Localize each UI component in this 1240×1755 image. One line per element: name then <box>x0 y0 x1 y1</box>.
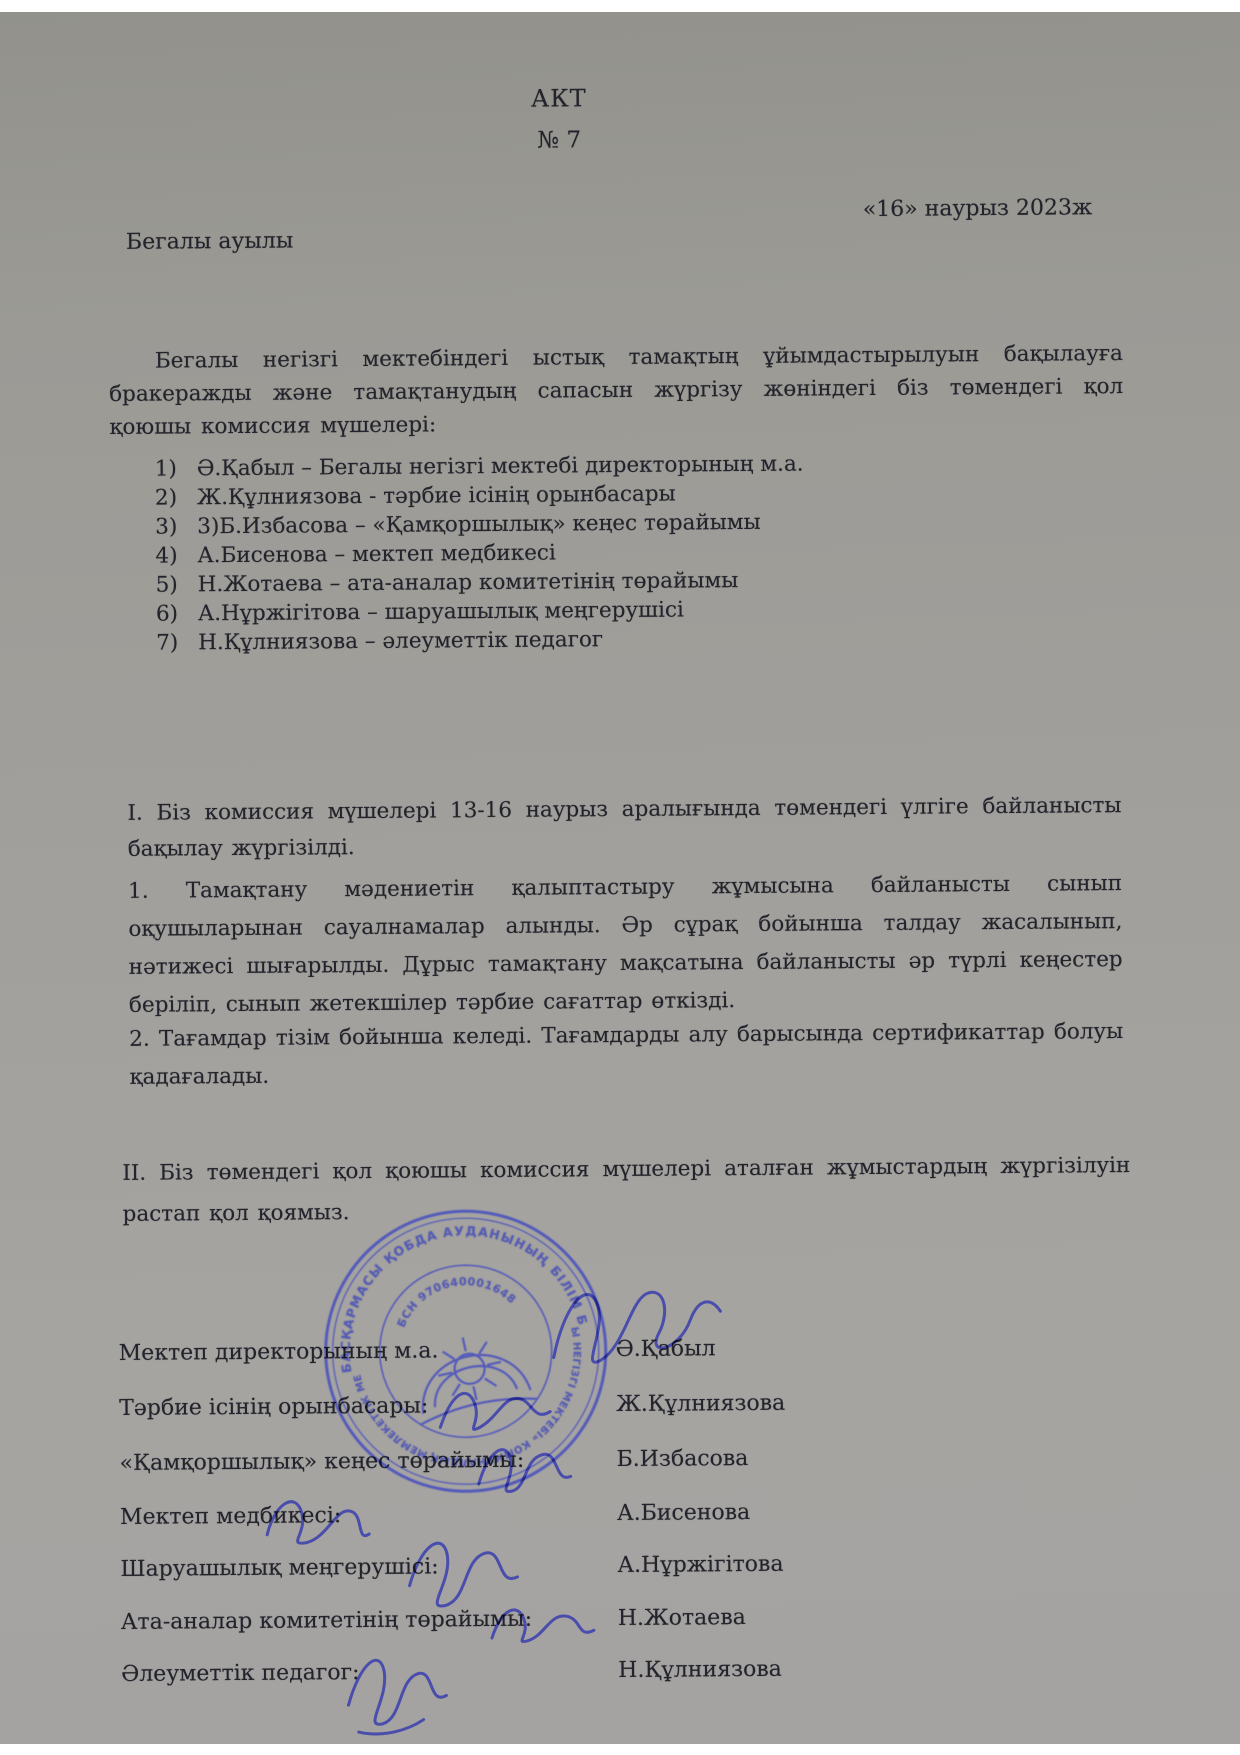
stamp-bin-textpath: БСН 970640001648 <box>387 1263 520 1331</box>
photo-edge-bottom <box>0 1744 1240 1755</box>
signature-scribble <box>257 1484 383 1563</box>
list-item-text: А.Бисенова – мектеп медбикесі <box>197 538 556 570</box>
signature-scribble <box>328 1639 464 1745</box>
document-sheet: АКТ № 7 «16» наурыз 2023ж Бегалы ауылы Б… <box>0 0 1240 1755</box>
list-item-number: 4) <box>155 541 197 570</box>
list-item: 3) 3)Б.Избасова – «Қамқоршылық» кеңес тө… <box>155 508 804 542</box>
list-item-number: 6) <box>156 599 198 628</box>
list-item-text: Н.Жотаева – ата-аналар комитетінің төрай… <box>198 566 739 599</box>
list-item-text: Ж.Құлниязова - тәрбие ісінің орынбасары <box>197 480 676 513</box>
signature-name: А.Бисенова <box>617 1499 750 1528</box>
document-date: «16» наурыз 2023ж <box>863 195 1093 222</box>
list-item-text: Н.Құлниязова – әлеуметтік педагог <box>198 625 603 657</box>
document-number: № 7 <box>0 123 1124 158</box>
list-item: 7) Н.Құлниязова – әлеуметтік педагог <box>156 624 805 658</box>
document-title: АКТ <box>0 80 1124 117</box>
body-paragraph-2: 2. Тағамдар тізім бойынша келеді. Тағамд… <box>129 1013 1124 1097</box>
signature-scribble <box>538 1271 739 1393</box>
signature-role: Әлеуметтік педагог: <box>121 1660 359 1687</box>
photo-edge-top <box>0 0 1240 12</box>
signature-row: Әлеуметтік педагог: Н.Құлниязова <box>121 1653 1133 1689</box>
stamp-bin-text: БСН 970640001648 <box>387 1263 520 1331</box>
list-item-text: А.Нұржігітова – шаруашылық меңгерушісі <box>198 595 684 628</box>
list-item-number: 5) <box>156 570 198 599</box>
scanned-document-photo: АКТ № 7 «16» наурыз 2023ж Бегалы ауылы Б… <box>0 0 1240 1755</box>
intro-paragraph: Бегалы негізгі мектебіндегі ыстық тамақт… <box>109 337 1124 444</box>
list-item-number: 7) <box>156 628 198 657</box>
signature-name: А.Нұржігітова <box>617 1551 783 1580</box>
commission-members-list: 1) Ә.Қабыл – Бегалы негізгі мектебі дире… <box>155 450 805 658</box>
list-item-number: 1) <box>155 454 197 483</box>
list-item-number: 2) <box>155 483 197 512</box>
list-item-text: Ә.Қабыл – Бегалы негізгі мектебі директо… <box>197 450 804 484</box>
signature-name: Н.Жотаева <box>618 1604 746 1633</box>
signature-scribble <box>466 1428 592 1511</box>
list-item: 5) Н.Жотаева – ата-аналар комитетінің тө… <box>156 566 805 600</box>
signature-name: Ж.Құлниязова <box>616 1390 785 1419</box>
document-location: Бегалы ауылы <box>126 229 294 255</box>
signature-scribble <box>484 1592 610 1659</box>
list-item-text: 3)Б.Избасова – «Қамқоршылық» кеңес төрай… <box>197 508 761 541</box>
body-paragraph-1: 1. Тамақтану мәдениетін қалыптастыру жұм… <box>128 865 1123 1025</box>
list-item: 1) Ә.Қабыл – Бегалы негізгі мектебі дире… <box>155 450 804 484</box>
signature-row: Ата-аналар комитетінің төрайымы: Н.Жотае… <box>121 1601 1133 1637</box>
section-2-paragraph: II. Біз төмендегі қол қоюшы комиссия мүш… <box>122 1145 1131 1235</box>
section-1-paragraph: I. Біз комиссия мүшелері 13-16 наурыз ар… <box>127 788 1122 868</box>
signature-name: Н.Құлниязова <box>618 1656 782 1685</box>
list-item-number: 3) <box>155 512 197 541</box>
